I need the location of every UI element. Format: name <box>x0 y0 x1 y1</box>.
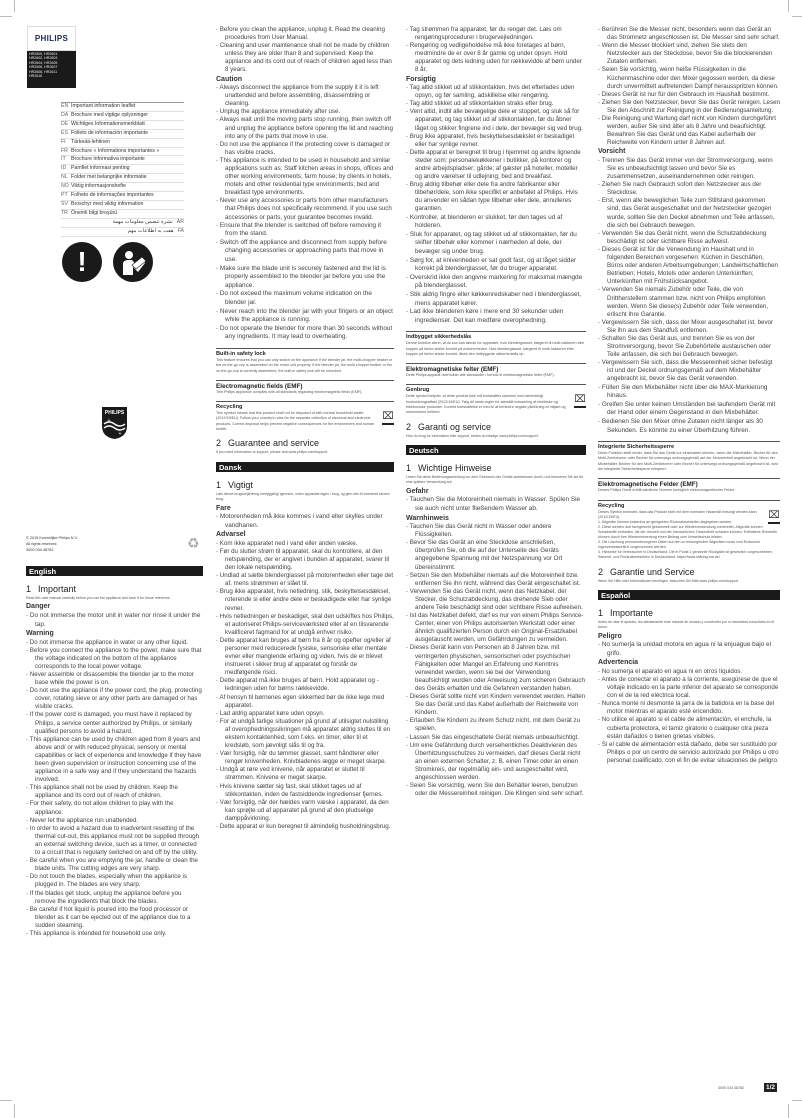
list-item: Seien Sie vorsichtig, wenn heiße Flüssig… <box>598 66 780 90</box>
caution-heading: Forsigtig <box>406 76 586 85</box>
safety-lock-box: Built-in safety lock This feature ensure… <box>216 348 394 374</box>
philips-product-label: PHILIPS HR2600, HR2601 HR2602, HR2603 HR… <box>27 26 76 88</box>
weee-bin-icon: ⌧ <box>768 510 780 526</box>
list-item: Switch off the appliance and disconnect … <box>216 239 394 265</box>
list-item: Dieses Gerät sollte nicht von Kindern ve… <box>406 693 586 717</box>
list-item: Tag strømmen fra apparatet, før du rengø… <box>406 26 586 42</box>
section-number: 2 <box>216 438 228 449</box>
list-item: Trennen Sie das Gerät immer von der Stro… <box>598 157 780 181</box>
list-item: Sørg for, at knivenheden er sat godt fas… <box>406 257 586 274</box>
lang-code: ES <box>61 130 71 138</box>
list-item: Hvis netledningen er beskadiget, skal de… <box>216 613 394 637</box>
list-item: Be careful if hot liquid is poured into … <box>26 906 203 930</box>
list-item: Motorenheden må ikke kommes i vand eller… <box>216 513 394 530</box>
lang-code: DA <box>61 112 71 120</box>
crop-mark <box>792 16 802 17</box>
crop-mark <box>14 1104 15 1118</box>
list-item: Dieses Gerät kann von Personen ab 8 Jahr… <box>406 644 586 693</box>
list-item: Nunca monte ni desmonte la jarra de la b… <box>598 700 780 716</box>
page-number-badge: 1/2 <box>764 1083 777 1092</box>
list-item: Never reach into the blender jar with yo… <box>216 308 394 325</box>
language-bar-dansk: Dansk <box>216 462 394 472</box>
box-text: This Philips appliance complies with all… <box>216 390 394 395</box>
lang-code: NL <box>61 174 71 182</box>
safety-lock-box: Indbygget sikkerhedslås Denne funktion s… <box>406 331 586 357</box>
box-heading: Elektromagnetische Felder (EMF) <box>598 481 780 488</box>
lang-label: Folheto de informações importantes <box>71 192 154 200</box>
list-item: Do not operate the blender for more than… <box>216 325 394 342</box>
emf-box: Electromagnetic fields (EMF) This Philip… <box>216 380 394 395</box>
section-number: 1 <box>26 584 38 595</box>
support-text: If you need information or support, plea… <box>216 450 394 455</box>
section-title: Garanti og service <box>418 422 491 432</box>
list-item: Rengøring og vedligeholdelse må ikke for… <box>406 42 586 74</box>
column-2: Before you clean the appliance, unplug i… <box>216 26 394 831</box>
philips-logo: PHILIPS <box>27 26 76 51</box>
lang-label: هفت به اطلاعات مهم <box>128 228 174 236</box>
lang-row-es: ESFolleto de información importante <box>61 130 184 139</box>
warning-heading: Advertencia <box>598 659 780 668</box>
section-heading: 1Wichtige Hinweise <box>406 463 586 474</box>
lang-code: EN <box>61 103 71 111</box>
list-item: Bevor Sie das Gerät an eine Steckdose an… <box>406 539 586 571</box>
list-item: Erlauben Sie Kindern zu ihrem Schutz nic… <box>406 717 586 733</box>
list-item: Ensure that the blender is switched off … <box>216 222 394 239</box>
philips-shield-icon: PHILIPS + + <box>101 406 128 440</box>
warning-list: No sumerja el aparato en agua ni en otro… <box>598 668 780 765</box>
list-item: Berühren Sie die Messer nicht, besonders… <box>598 26 780 42</box>
list-item: For at undgå farlige situationer på grun… <box>216 718 394 750</box>
list-item: 3. Die Löschung personenbezogener Daten … <box>598 540 780 550</box>
list-item: Lassen Sie das eingeschaltete Gerät niem… <box>406 734 586 742</box>
list-item: 4. Hinweise für Verbraucher in Deutschla… <box>598 550 780 560</box>
lang-label: نشرة تتضمن معلومات مهمة <box>112 219 172 227</box>
warning-list-cont: Tag strømmen fra apparatet, før du rengø… <box>406 26 586 75</box>
list-item: Never use any accessories or parts from … <box>216 197 394 221</box>
lang-label: Folleto de información importante <box>71 130 148 138</box>
danger-list: Do not immerse the motor unit in water n… <box>26 612 203 629</box>
list-item: For their safety, do not allow children … <box>26 800 203 816</box>
list-item: Tag altid stikket ud af stikkontakten, h… <box>406 84 586 100</box>
caution-list-large: Füllen Sie den Mixbehälter nicht über di… <box>598 384 780 436</box>
box-text: Dieses Philips Gerät erfüllt sämtliche N… <box>598 488 780 493</box>
list-item: Always wait until the moving parts stop … <box>216 116 394 140</box>
list-item: Vergewissern Sie sich, dass der Mixer au… <box>598 319 780 335</box>
list-item: Lad ikke blenderen køre i mere end 30 se… <box>406 308 586 325</box>
crop-mark <box>0 16 12 17</box>
lang-label: Önemli bilgi broşürü <box>71 210 117 218</box>
list-item: If the power cord is damaged, you must h… <box>26 711 203 735</box>
list-item: Dieses Gerät ist nur für den Gebrauch im… <box>598 91 780 99</box>
box-text: This feature ensures that you can only s… <box>216 358 394 374</box>
lang-row-sv: SVBroschyr med viktig information <box>61 201 184 210</box>
section-heading: 1Important <box>26 584 203 595</box>
model-list: HR2600, HR2601 HR2602, HR2603 HR2604, HR… <box>27 51 76 79</box>
caution-heading: Vorsicht <box>598 148 780 157</box>
list-item: Füllen Sie den Mixbehälter nicht über di… <box>598 384 780 401</box>
list-item: Undgå at røre ved knivene, når apparatet… <box>216 766 394 782</box>
language-bar-espanol: Español <box>598 590 780 600</box>
warning-heading: Warnhinweis <box>406 515 586 524</box>
list-item: Vergewissern Sie sich, dass die Messerei… <box>598 359 780 383</box>
lang-label: Pamflet informasi penting <box>71 165 130 173</box>
list-item: Tag altid stikket ud af stikkontakten st… <box>406 100 586 108</box>
safety-icons: ! <box>62 242 153 282</box>
lang-label: Brochure med vigtige oplysninger <box>71 112 148 120</box>
list-item: No sumerja el aparato en agua ni en otro… <box>598 668 780 676</box>
box-text: Diese Funktion stellt sicher, dass Sie d… <box>598 451 780 472</box>
lang-row-fa: FAهفت به اطلاعات مهم <box>61 228 184 237</box>
list-item: Do not use the appliance if the power co… <box>26 687 203 711</box>
lang-label: Brochure « Informations importantes » <box>71 148 159 156</box>
section-title: Vigtigt <box>228 480 253 490</box>
list-item: Greifen Sie unter keinen Umständen bei l… <box>598 401 780 418</box>
list-item: Do not touch the blades, especially when… <box>26 873 203 889</box>
list-item: 2. Diese werden dort fachgerecht gesamme… <box>598 525 780 540</box>
exclamation-icon: ! <box>62 242 102 282</box>
caution-list-large: Ensure that the blender is switched off … <box>216 222 394 342</box>
list-item: Do not exceed the maximum volume indicat… <box>216 290 394 307</box>
list-item: In order to avoid a hazard due to inadve… <box>26 825 203 857</box>
list-item: Schalten Sie das Gerät aus, und trennen … <box>598 335 780 359</box>
box-heading: Built-in safety lock <box>216 351 394 358</box>
list-item: Setzen Sie den Mixbehälter niemals auf d… <box>406 572 586 588</box>
lang-label: Important information leaflet <box>71 103 135 111</box>
caution-list: Tag altid stikket ud af stikkontakten, h… <box>406 84 586 214</box>
list-item: Never let the appliance run unattended. <box>26 817 203 825</box>
list-item: Ziehen Sie den Netzstecker, bevor Sie da… <box>598 99 780 115</box>
list-item: Verwenden Sie das Gerät nicht, wenn das … <box>406 588 586 612</box>
support-text: Wenn Sie Hilfe oder Informationen benöti… <box>598 579 780 584</box>
language-index: ENImportant information leaflet DABrochu… <box>61 102 184 237</box>
lang-code: NO <box>61 183 71 191</box>
list-item: Seien Sie vorsichtig, wenn Sie den Behäl… <box>406 782 586 798</box>
lang-code: PT <box>61 192 71 200</box>
list-item: Do not immerse the appliance in water or… <box>26 639 203 647</box>
recycling-box: Recycling ⌧ Dieses Symbol bedeutet, dass… <box>598 500 780 561</box>
list-item: Overskrid ikke den angivne markering for… <box>406 274 586 291</box>
box-heading: Electromagnetic fields (EMF) <box>216 383 394 390</box>
section-number: 1 <box>406 463 418 474</box>
weee-bin-icon: ⌧ <box>382 411 394 427</box>
section-heading: 1Vigtigt <box>216 480 394 491</box>
lang-code: ID <box>61 165 71 173</box>
danger-heading: Fare <box>216 505 394 514</box>
list-item: Dieses Symbol bedeutet, dass das Produkt… <box>598 510 780 520</box>
list-item: Dette apparat er beregnet til brug i hje… <box>406 149 586 181</box>
danger-list: Motorenheden må ikke kommes i vand eller… <box>216 513 394 530</box>
list-item: This appliance is intended for household… <box>26 930 203 938</box>
intro-text: Lesen Sie diese Bedienungsanleitung vor … <box>406 475 586 486</box>
list-item: Vær forsigtig, når du tømmer glasset, sa… <box>216 750 394 766</box>
support-text: Hvis du brug for information eller suppo… <box>406 434 586 439</box>
list-item: Si el cable de alimentación está dañado,… <box>598 741 780 765</box>
section-heading: 2Garanti og service <box>406 422 586 433</box>
box-heading: Indbygget sikkerhedslås <box>406 334 586 341</box>
svg-text:+: + <box>108 418 111 424</box>
box-heading: Elektromagnetiske felter (EMF) <box>406 366 586 373</box>
list-item: Antes de conectar el aparato a la corrie… <box>598 676 780 700</box>
list-item: Wenn die Messer blockiert sind, ziehen S… <box>598 42 780 66</box>
list-item: Ziehen Sie nach Gebrauch sofort den Netz… <box>598 181 780 197</box>
lang-label: Tärkeää-lehtinen <box>71 139 110 147</box>
warning-list-cont: Berühren Sie die Messer nicht, besonders… <box>598 26 780 147</box>
list-item: Always disconnect the appliance from the… <box>216 84 394 108</box>
lang-row-nl: NLFolder met belangrijke informatie <box>61 174 184 183</box>
list-item: Um eine Gefährdung durch versehentliches… <box>406 742 586 782</box>
list-item: Do not immerse the motor unit in water n… <box>26 612 203 629</box>
list-item: Brug ikke apparatet, hvis netledning, st… <box>216 588 394 612</box>
lang-row-fi: FITärkeää-lehtinen <box>61 139 184 148</box>
recycling-list: Dieses Symbol bedeutet, dass das Produkt… <box>598 510 780 561</box>
english-section-start: English 1Important Read this user manual… <box>26 566 203 938</box>
lang-row-en: ENImportant information leaflet <box>61 103 184 112</box>
copyright-block: © 2019 Koninklijke Philips N.V. All righ… <box>26 535 78 553</box>
list-item: Ist das Netzkabel defekt, darf es nur vo… <box>406 612 586 644</box>
section-title: Wichtige Hinweise <box>418 463 492 473</box>
warning-heading: Warning <box>26 630 203 639</box>
list-item: Hvis knivene sætter sig fast, skal stikk… <box>216 783 394 799</box>
lang-label: Broschyr med viktig information <box>71 201 143 209</box>
intro-text: Read this user manual carefully before y… <box>26 596 203 601</box>
section-title: Importante <box>610 608 653 618</box>
crop-mark <box>0 1100 12 1101</box>
section-number: 2 <box>598 567 610 578</box>
box-text: Dette symbol betyder, at dette produkt i… <box>406 394 586 415</box>
list-item: Die Reinigung und Wartung darf nicht von… <box>598 115 780 147</box>
column-3: Tag strømmen fra apparatet, før du rengø… <box>406 26 586 798</box>
caution-list-large: Kontroller, at blenderen er slukket, før… <box>406 214 586 326</box>
lang-label: Brochure informativa importante <box>71 156 145 164</box>
list-item: Bedienen Sie den Mixer ohne Zutaten nich… <box>598 418 780 435</box>
warning-list-cont: Before you clean the appliance, unplug i… <box>216 26 394 75</box>
lang-row-pt: PTFolheto de informações importantes <box>61 192 184 201</box>
list-item: Never assemble or disassemble the blende… <box>26 671 203 687</box>
lang-code: DE <box>61 121 71 129</box>
safety-lock-box: Integrierte Sicherheitssperre Diese Funk… <box>598 441 780 472</box>
danger-list: Tauchen Sie die Motoreinheit niemals in … <box>406 496 586 513</box>
language-bar-deutsch: Deutsch <box>406 445 586 455</box>
crop-mark <box>788 1104 789 1118</box>
lang-code: TR <box>61 210 71 218</box>
list-item: If the blades get stuck, unplug the appl… <box>26 890 203 906</box>
crop-mark <box>792 1100 802 1101</box>
list-item: This appliance can be used by children a… <box>26 736 203 785</box>
warning-list: Do not immerse the appliance in water or… <box>26 639 203 938</box>
lang-code: FR <box>61 148 71 156</box>
box-heading: Recycling <box>598 503 780 510</box>
list-item: Før du slutter strøm til apparatet, skal… <box>216 548 394 572</box>
list-item: Undlad at sætte blenderglasset på motore… <box>216 572 394 588</box>
recycling-box: Genbrug ⌧ Dette symbol betyder, at dette… <box>406 384 586 415</box>
document-code: 3000 034 48782 <box>718 1086 744 1090</box>
section-title: Important <box>38 584 76 594</box>
lang-row-de: DEWichtiges Informationsmerkblatt <box>61 121 184 130</box>
list-item: Dette apparat må ikke bruges af børn. Ho… <box>216 677 394 693</box>
list-item: Verwenden Sie niemals Zubehör oder Teile… <box>598 286 780 318</box>
box-text: Denne funktion sikrer, at du kun kan tæn… <box>406 341 586 357</box>
lang-label: Folder met belangrijke informatie <box>71 174 147 182</box>
lang-row-da: DABrochure med vigtige oplysninger <box>61 112 184 121</box>
box-text: Dette Philips-apparat overholder alle st… <box>406 373 586 378</box>
lang-code: SV <box>61 201 71 209</box>
list-item: Dette apparat kan bruges af børn fra 8 å… <box>216 637 394 677</box>
list-item: Tauchen Sie das Gerät nicht in Wasser od… <box>406 523 586 539</box>
section-heading: 2Guarantee and service <box>216 438 394 449</box>
list-item: Verwenden Sie das Gerät nicht, wenn die … <box>598 230 780 246</box>
lang-code: AR <box>177 219 184 227</box>
lang-row-tr: TRÖnemli bilgi broşürü <box>61 210 184 219</box>
model-line: HR2616 <box>29 74 74 78</box>
lang-label: Viktig informasjonshefte <box>71 183 126 191</box>
section-number: 2 <box>406 422 418 433</box>
list-item: Before you clean the appliance, unplug i… <box>216 26 394 42</box>
danger-list: No sumerja la unidad motora en agua ni l… <box>598 641 780 658</box>
lang-row-fr: FRBrochure « Informations importantes » <box>61 148 184 157</box>
list-item: Sluk for apparatet, og tag stikket ud af… <box>406 231 586 257</box>
list-item: Kontroller, at blenderen er slukket, før… <box>406 214 586 231</box>
list-item: This appliance is intended to be used in… <box>216 157 394 197</box>
intro-text: Antes de usar el aparato, lea atentament… <box>598 620 780 631</box>
crop-mark <box>14 0 15 12</box>
list-item: Dieses Gerät ist für die Verwendung im H… <box>598 246 780 286</box>
weee-bin-icon: ⌧ <box>574 394 586 410</box>
list-item: Cleaning and user maintenance shall not … <box>216 42 394 74</box>
warning-list: Tauchen Sie das Gerät nicht in Wasser od… <box>406 523 586 798</box>
intro-text: Læs denne brugsvejledning omhyggeligt ig… <box>216 492 394 503</box>
box-heading: Integrierte Sicherheitssperre <box>598 444 780 451</box>
box-heading: Recycling <box>216 404 394 411</box>
section-title: Guarantee and service <box>228 438 319 448</box>
list-item: Unplug the appliance immediately after u… <box>216 108 394 116</box>
svg-text:+: + <box>119 431 122 437</box>
crop-mark <box>788 0 789 12</box>
list-item: Vent altid, indtil alle bevægelige dele … <box>406 108 586 132</box>
caution-list: Always disconnect the appliance from the… <box>216 84 394 222</box>
emf-box: Elektromagnetische Felder (EMF) Dieses P… <box>598 478 780 493</box>
list-item: Brug ikke apparatet, hvis beskyttelsesdæ… <box>406 133 586 149</box>
lang-row-id: IDPamflet informasi penting <box>61 165 184 174</box>
lang-row-it: ITBrochure informativa importante <box>61 156 184 165</box>
lang-code: IT <box>61 156 71 164</box>
list-item: Dette apparat er kun beregnet til almind… <box>216 823 394 831</box>
danger-heading: Danger <box>26 603 203 612</box>
box-text: This symbol means that this product shal… <box>216 411 394 432</box>
section-title: Garantie und Service <box>610 567 695 577</box>
danger-heading: Gefahr <box>406 488 586 497</box>
copyright-line: 3000 034 48782 <box>26 547 78 553</box>
section-heading: 2Garantie und Service <box>598 567 780 578</box>
lang-code: FA <box>178 228 184 236</box>
language-bar-english: English <box>26 566 203 576</box>
lang-row-ar: ARنشرة تتضمن معلومات مهمة <box>61 219 184 228</box>
list-item: Vær forsigtig, når der hældes varm væske… <box>216 799 394 823</box>
list-item: Before you connect the appliance to the … <box>26 647 203 671</box>
read-manual-icon <box>113 242 153 282</box>
list-item: This appliance shall not be used by chil… <box>26 784 203 800</box>
list-item: Stik aldrig fingre eller køkkenredskaber… <box>406 291 586 308</box>
recycle-icon: ♻ <box>187 535 203 551</box>
list-item: Be careful when you are emptying the jar… <box>26 857 203 873</box>
lang-label: Wichtiges Informationsmerkblatt <box>71 121 145 129</box>
list-item: Af hensyn til børnenes egen sikkerhed bø… <box>216 694 394 710</box>
warning-list: Kom ikke apparatet ned i vand eller ande… <box>216 540 394 831</box>
caution-heading: Caution <box>216 76 394 85</box>
caution-list: Trennen Sie das Gerät immer von der Stro… <box>598 157 780 384</box>
list-item: Make sure the blade unit is securely fas… <box>216 265 394 291</box>
list-item: Lad aldrig apparatet køre uden opsyn. <box>216 710 394 718</box>
list-item: Brug aldrig tilbehør eller dele fra andr… <box>406 181 586 213</box>
list-item: No utilice el aparato si el cable de ali… <box>598 716 780 740</box>
list-item: Kom ikke apparatet ned i vand eller ande… <box>216 540 394 548</box>
recycling-box: Recycling ⌧ This symbol means that this … <box>216 401 394 432</box>
list-item: No sumerja la unidad motora en agua ni l… <box>598 641 780 658</box>
list-item: Do not use the appliance if the protecti… <box>216 141 394 157</box>
column-4: Berühren Sie die Messer nicht, besonders… <box>598 26 780 765</box>
list-item: Erst, wenn alle beweglichen Teile zum St… <box>598 197 780 229</box>
svg-text:PHILIPS: PHILIPS <box>105 410 125 416</box>
section-number: 1 <box>598 608 610 619</box>
box-heading: Genbrug <box>406 387 586 394</box>
emf-box: Elektromagnetiske felter (EMF) Dette Phi… <box>406 363 586 378</box>
warning-heading: Advarsel <box>216 531 394 540</box>
section-heading: 1Importante <box>598 608 780 619</box>
lang-row-no: NOViktig informasjonshefte <box>61 183 184 192</box>
section-number: 1 <box>216 480 228 491</box>
list-item: Tauchen Sie die Motoreinheit niemals in … <box>406 496 586 513</box>
danger-heading: Peligro <box>598 633 780 642</box>
lang-code: FI <box>61 139 71 147</box>
